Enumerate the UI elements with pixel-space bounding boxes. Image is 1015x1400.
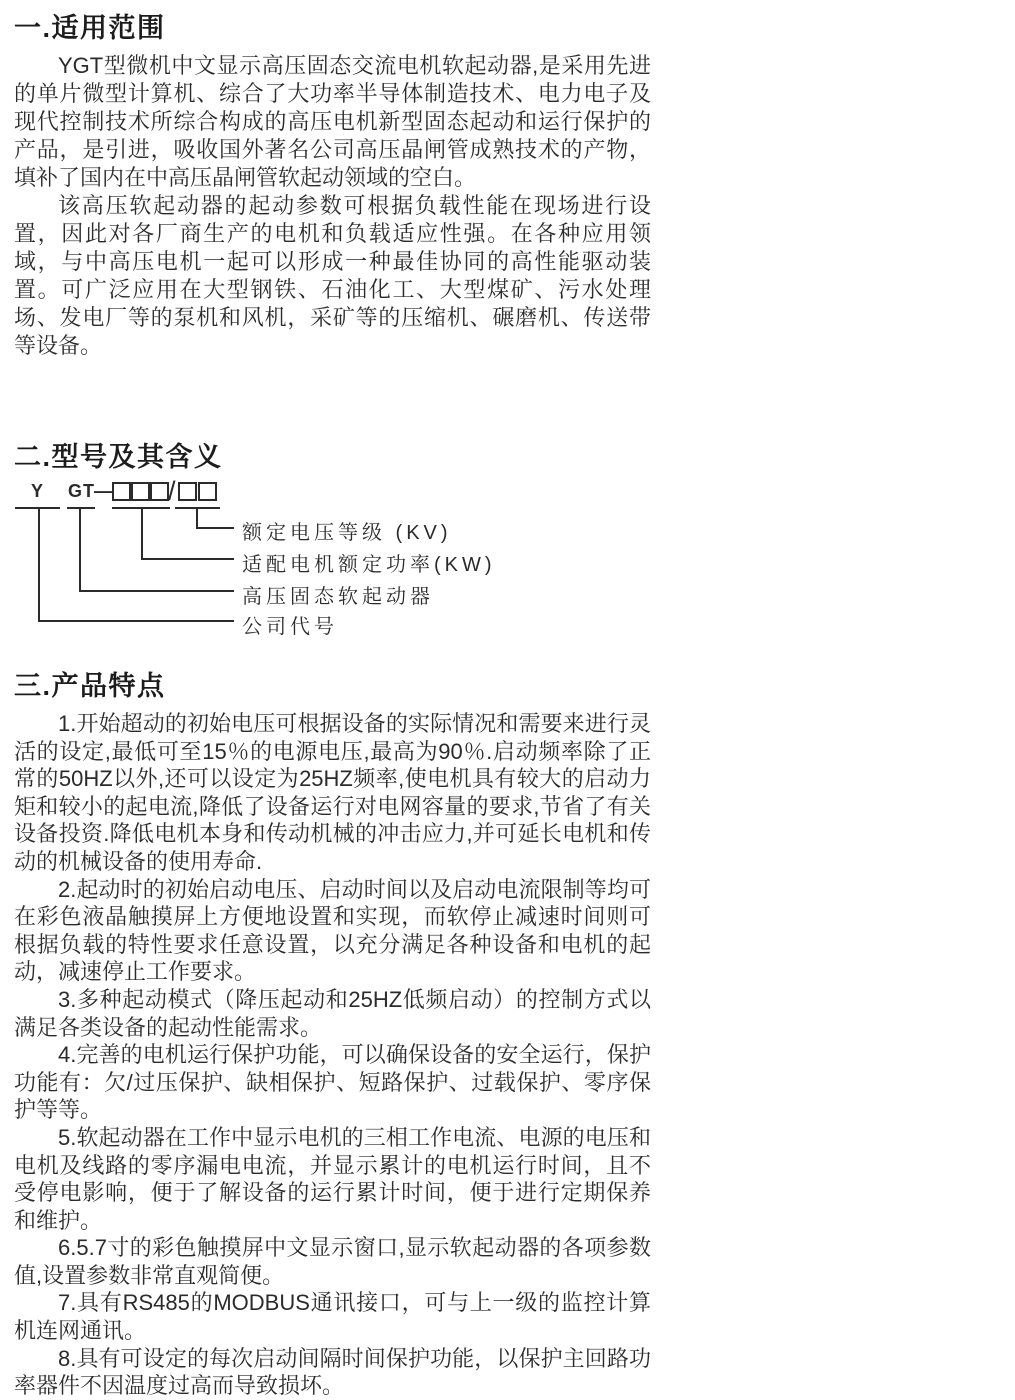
model-digit-box — [112, 482, 131, 501]
underline-series — [67, 507, 95, 509]
feature-item: 1.开始超动的初始电压可根据设备的实际情况和需要来进行灵活的设定,最低可至15％… — [14, 710, 651, 876]
callout-line-voltage — [196, 527, 234, 529]
model-dash: — — [94, 481, 113, 502]
model-digit-box — [131, 482, 150, 501]
feature-item: 2.起动时的初始启动电压、启动时间以及启动电流限制等均可在彩色液晶触摸屏上方便地… — [14, 876, 651, 986]
callout-label-company: 公司代号 — [242, 610, 338, 639]
feature-item: 8.具有可设定的每次启动间隔时间保护功能，以保护主回路功率器件不因温度过高而导致… — [14, 1345, 651, 1400]
feature-item: 5.软起动器在工作中显示电机的三相工作电流、电源的电压和电机及线路的零序漏电电流… — [14, 1124, 651, 1234]
feature-item: 7.具有RS485的MODBUS通讯接口，可与上一级的监控计算机连网通讯。 — [14, 1289, 651, 1344]
model-digit-box — [198, 482, 217, 501]
callout-line-series — [79, 590, 234, 592]
model-designation-diagram: Y GT — / 额定电压等级 (KV) 适配电机额定功率(KW) 高压固态软起… — [14, 480, 651, 650]
section-3-body: 1.开始超动的初始电压可根据设备的实际情况和需要来进行灵活的设定,最低可至15％… — [14, 710, 651, 1400]
feature-item: 6.5.7寸的彩色触摸屏中文显示窗口,显示软起动器的各项参数值,设置参数非常直观… — [14, 1234, 651, 1289]
callout-line-power — [141, 558, 234, 560]
paragraph: YGT型微机中文显示高压固态交流电机软起动器,是采用先进的单片微型计算机、综合了… — [14, 52, 651, 192]
model-digit-box — [150, 482, 169, 501]
callout-label-series: 高压固态软起动器 — [242, 580, 434, 609]
section-2-heading: 二.型号及其含义 — [14, 435, 223, 474]
callout-stem-voltage — [196, 507, 198, 529]
callout-stem-series — [79, 507, 81, 592]
callout-label-voltage: 额定电压等级 (KV) — [242, 516, 452, 545]
paragraph: 该高压软起动器的起动参数可根据负载性能在现场进行设置，因此对各厂商生产的电机和负… — [14, 192, 651, 360]
section-1-heading: 一.适用范围 — [14, 6, 166, 45]
model-digit-box — [178, 482, 197, 501]
feature-item: 4.完善的电机运行保护功能，可以确保设备的安全运行，保护功能有：欠/过压保护、缺… — [14, 1041, 651, 1124]
feature-item: 3.多种起动模式（降压起动和25HZ低频启动）的控制方式以满足各类设备的起动性能… — [14, 986, 651, 1041]
model-series-code: GT — [68, 481, 95, 502]
callout-stem-power — [141, 507, 143, 560]
model-slash: / — [168, 476, 176, 507]
callout-stem-company — [38, 507, 40, 622]
section-1-body: YGT型微机中文显示高压固态交流电机软起动器,是采用先进的单片微型计算机、综合了… — [14, 52, 651, 360]
page: 一.适用范围 YGT型微机中文显示高压固态交流电机软起动器,是采用先进的单片微型… — [0, 0, 1015, 1400]
section-3-heading: 三.产品特点 — [14, 664, 166, 703]
model-company-code: Y — [31, 481, 44, 502]
callout-label-power: 适配电机额定功率(KW) — [242, 548, 496, 577]
callout-line-company — [38, 620, 234, 622]
